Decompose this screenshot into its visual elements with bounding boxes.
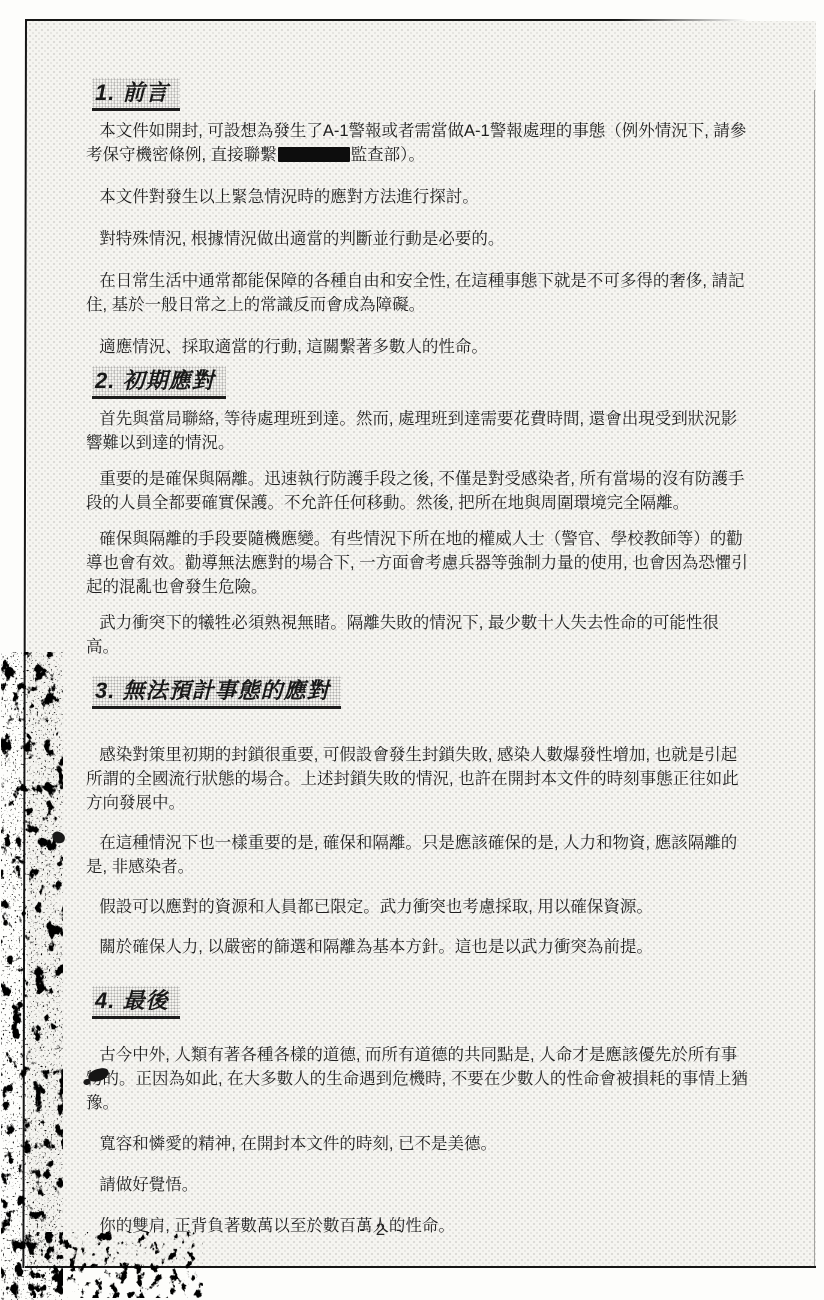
paragraph: 關於確保人力, 以嚴密的篩選和隔離為基本方針。這也是以武力衝突為前提。 <box>86 935 748 959</box>
page-border-top <box>25 19 747 21</box>
paragraph: 本文件如開封, 可設想為發生了A-1警報或者需當做A-1警報處理的事態（例外情況… <box>86 119 748 167</box>
page-border-right <box>814 90 815 1267</box>
scan-noise-bottom-left <box>28 1232 203 1298</box>
section-heading: 4. 最後 <box>92 986 748 1019</box>
paragraph: 在這種情況下也一樣重要的是, 確保和隔離。只是應該確保的是, 人力和物資, 應該… <box>86 831 748 879</box>
paragraph: 首先與當局聯絡, 等待處理班到達。然而, 處理班到達需要花費時間, 還會出現受到… <box>86 407 748 455</box>
section-heading-label: 2. 初期應對 <box>92 366 226 399</box>
paragraph: 重要的是確保與隔離。迅速執行防護手段之後, 不僅是對受感染者, 所有當場的沒有防… <box>86 467 748 515</box>
section-heading-label: 1. 前言 <box>92 78 180 111</box>
paragraph: 適應情況、採取適當的行動, 這關繫著多數人的性命。 <box>86 335 748 359</box>
section-heading-label: 4. 最後 <box>92 986 180 1019</box>
paragraph: 對特殊情況, 根據情況做出適當的判斷並行動是必要的。 <box>86 227 748 251</box>
section-heading: 3. 無法預計事態的應對 <box>92 676 748 709</box>
paragraph: 感染對策里初期的封鎖很重要, 可假設會發生封鎖失敗, 感染人數爆發性增加, 也就… <box>86 743 748 815</box>
scanned-document-page: 1. 前言 本文件如開封, 可設想為發生了A-1警報或者需當做A-1警報處理的事… <box>0 0 824 1300</box>
paragraph: 寬容和憐愛的精神, 在開封本文件的時刻, 已不是美德。 <box>86 1132 748 1156</box>
paragraph: 在日常生活中通常都能保障的各種自由和安全性, 在這種事態下就是不可多得的奢侈, … <box>86 269 748 317</box>
paragraph: 假設可以應對的資源和人員都已限定。武力衝突也考慮採取, 用以確保資源。 <box>86 895 748 919</box>
redaction-box <box>278 147 350 162</box>
section-heading: 1. 前言 <box>92 78 748 111</box>
paragraph-text: 監查部）。 <box>351 146 425 164</box>
paragraph: 請做好覺悟。 <box>86 1173 748 1197</box>
paragraph: 武力衝突下的犧牲必須熟視無睹。隔離失敗的情況下, 最少數十人失去性命的可能性很高… <box>86 611 748 659</box>
section-3-unpredictable-situations: 3. 無法預計事態的應對 感染對策里初期的封鎖很重要, 可假設會發生封鎖失敗, … <box>86 676 748 975</box>
section-heading-label: 3. 無法預計事態的應對 <box>92 676 341 709</box>
section-2-initial-response: 2. 初期應對 首先與當局聯絡, 等待處理班到達。然而, 處理班到達需要花費時間… <box>86 366 748 671</box>
paragraph: 古今中外, 人類有著各種各樣的道德, 而所有道德的共同點是, 人命才是應該優先於… <box>86 1043 748 1115</box>
paragraph: 確保與隔離的手段要隨機應變。有些情況下所在地的權威人士（警官、學校教師等）的勸導… <box>86 527 748 599</box>
section-4-final: 4. 最後 古今中外, 人類有著各種各樣的道德, 而所有道德的共同點是, 人命才… <box>86 986 748 1255</box>
scan-noise-left-margin <box>1 652 63 1300</box>
section-1-foreword: 1. 前言 本文件如開封, 可設想為發生了A-1警報或者需當做A-1警報處理的事… <box>86 78 748 377</box>
section-heading: 2. 初期應對 <box>92 366 748 399</box>
paragraph: 本文件對發生以上緊急情況時的應對方法進行探討。 <box>86 185 748 209</box>
